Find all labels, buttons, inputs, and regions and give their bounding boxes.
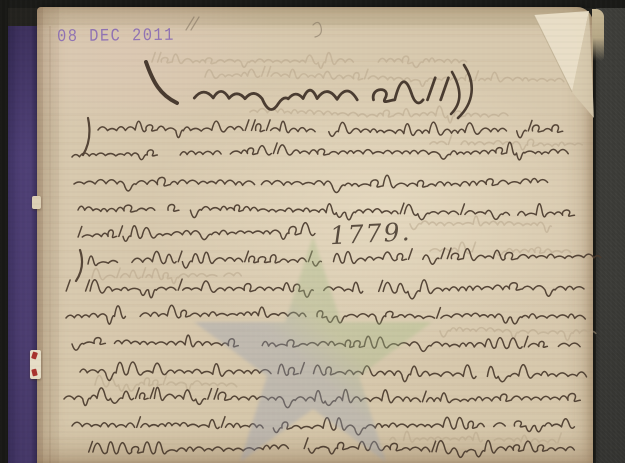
manuscript-artwork: 1779.	[0, 0, 625, 463]
pencil-marks	[186, 17, 321, 37]
year-annotation: 1779.	[329, 217, 412, 250]
dogear-fold	[534, 11, 594, 118]
date-stamp: 08 DEC 2011	[57, 26, 175, 47]
scan-canvas: 1779. 08 DEC 2011	[0, 0, 625, 463]
